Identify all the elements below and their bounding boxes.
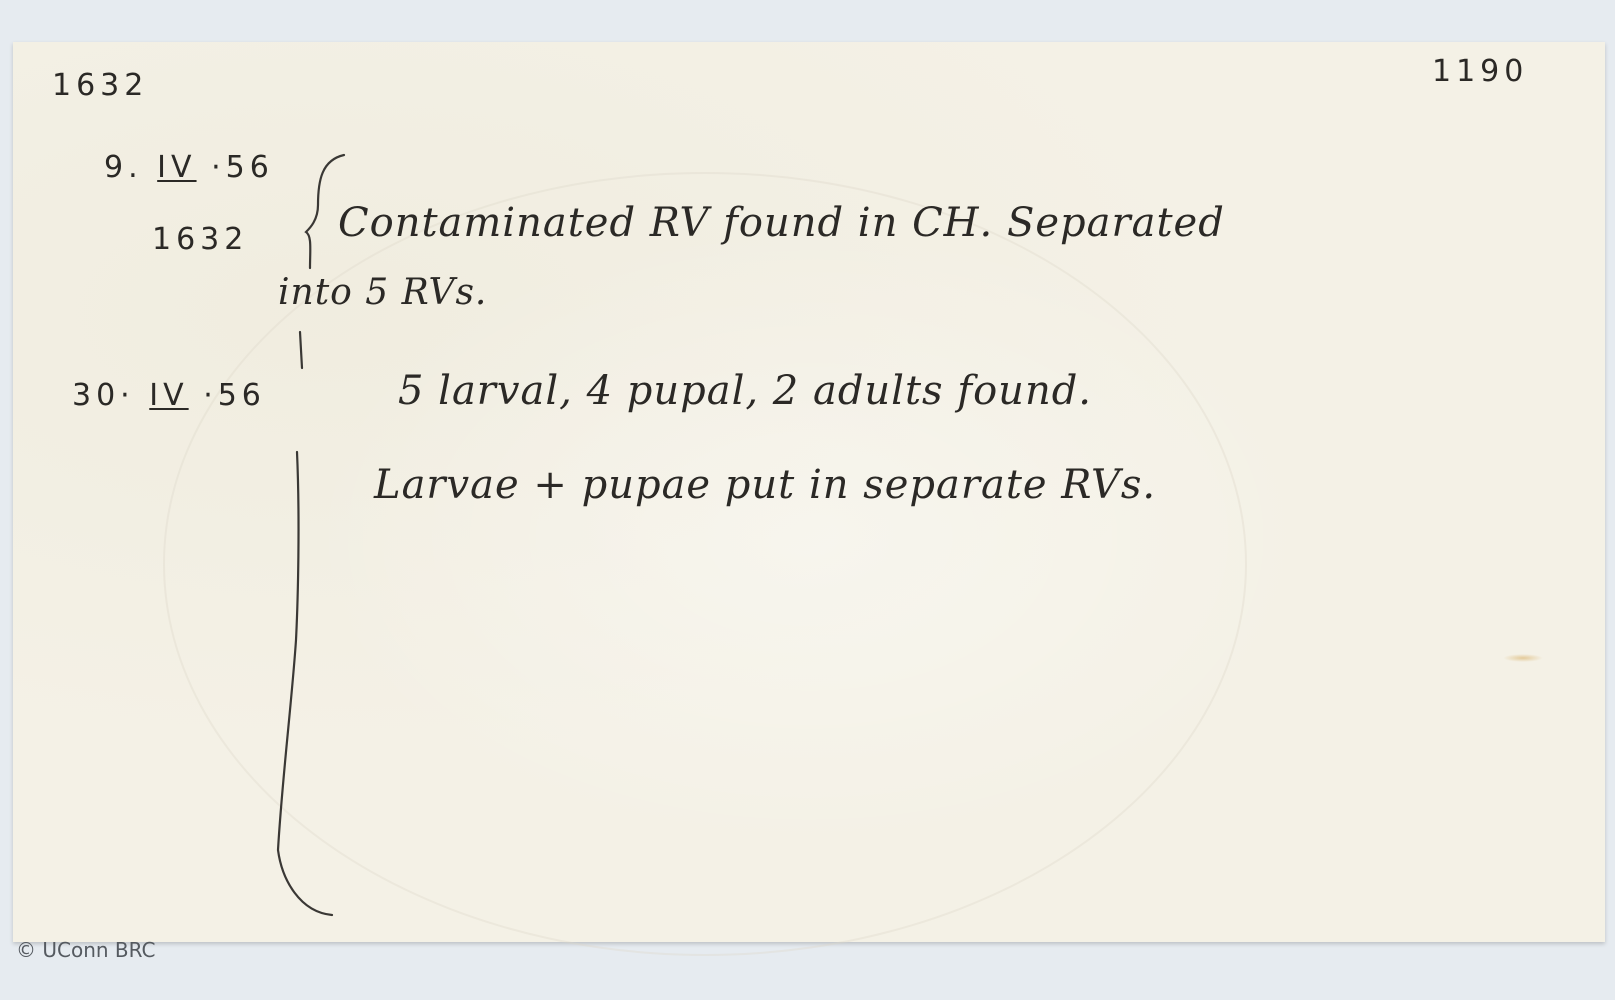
entry-1-date: 9. IV ·56 xyxy=(104,150,274,185)
entry-2-text-line-2: Larvae + pupae put in separate RVs. xyxy=(374,462,1156,508)
entry-2-date-year: ·56 xyxy=(203,378,266,413)
entry-1-date-month: IV xyxy=(157,150,196,185)
entry-1-text-line-2: into 5 RVs. xyxy=(278,272,487,313)
entry-2-date-month: IV xyxy=(149,378,188,413)
entry-1-date-year: ·56 xyxy=(211,150,274,185)
paper-stain xyxy=(1503,654,1543,662)
entry-2-text-line-1: 5 larval, 4 pupal, 2 adults found. xyxy=(398,368,1092,414)
entry-1-date-day: 9. xyxy=(104,150,143,185)
entry-1-text-line-1: Contaminated RV found in CH. Separated xyxy=(338,200,1225,246)
entry-2-date-day: 30· xyxy=(72,378,135,413)
copyright-notice: © UConn BRC xyxy=(16,938,156,962)
entry-2-date: 30· IV ·56 xyxy=(72,378,266,413)
card-number-left: 1632 xyxy=(52,68,148,103)
card-number-right: 1190 xyxy=(1432,54,1528,89)
entry-1-specimen-number: 1632 xyxy=(152,222,248,257)
